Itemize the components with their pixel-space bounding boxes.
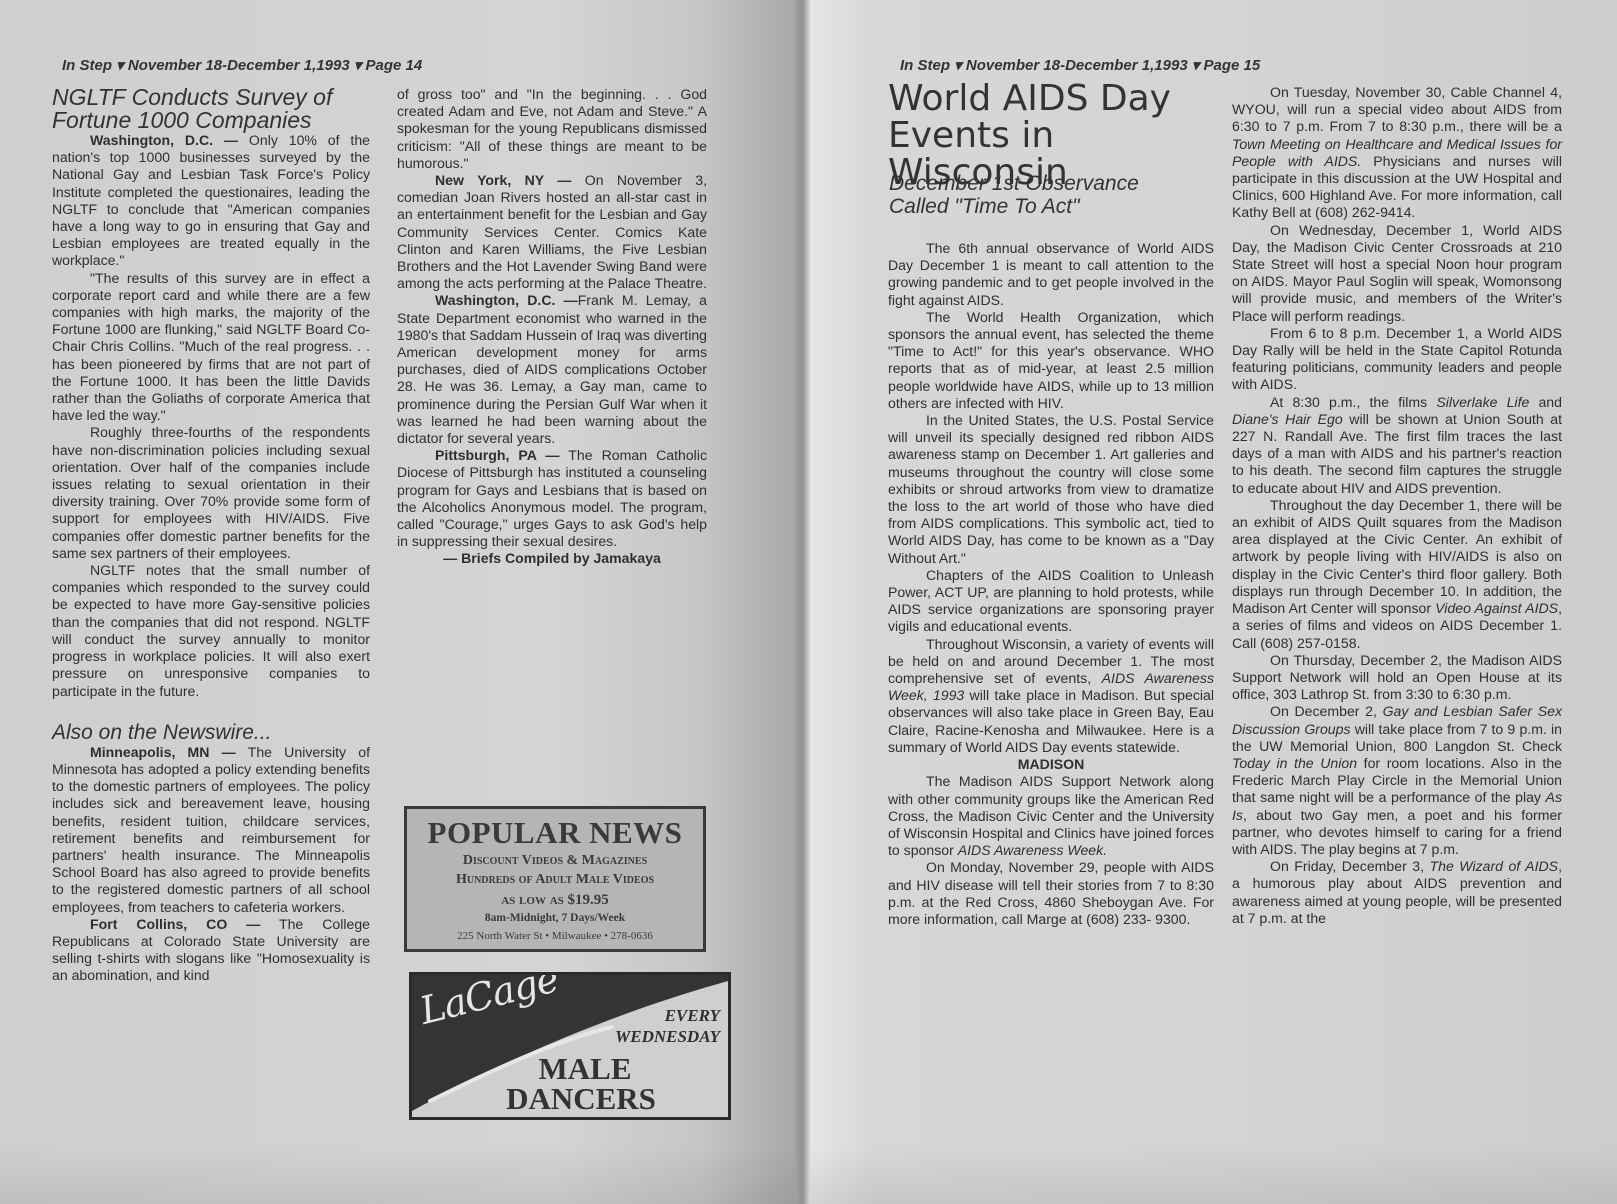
- play-title: The Wizard of AIDS: [1430, 858, 1559, 874]
- column-newswire-continued: of gross too" and "In the beginning. . .…: [397, 86, 707, 568]
- paragraph: Throughout Wisconsin, a variety of event…: [888, 636, 1214, 756]
- headline-line-2: Fortune 1000 Companies: [52, 107, 312, 133]
- brief-washington: Washington, D.C. —Frank M. Lemay, a Stat…: [397, 292, 707, 447]
- paragraph-text: Only 10% of the nation's top 1000 busine…: [52, 132, 370, 268]
- ad-address: 225 North Water St • Milwaukee • 278-063…: [407, 930, 703, 942]
- paragraph: Chapters of the AIDS Coalition to Unleas…: [888, 567, 1214, 636]
- ad-schedule: EVERY WEDNESDAY: [615, 1005, 720, 1047]
- page-gutter: [795, 0, 810, 1204]
- ad-dancers: DANCERS: [412, 1081, 728, 1117]
- page-shadow: [0, 1144, 795, 1204]
- ad-line: Discount Videos & Magazines: [407, 851, 703, 870]
- brief-new-york: New York, NY — On November 3, comedian J…: [397, 172, 707, 292]
- ad-every: EVERY: [665, 1006, 720, 1025]
- film-title: Diane's Hair Ego: [1232, 411, 1343, 427]
- publication-title: Today in the Union: [1232, 755, 1357, 771]
- running-head-page-14: In Step ▾ November 18-December 1,1993 ▾ …: [62, 56, 422, 74]
- paragraph-text: , about two Gay men, a poet and his form…: [1232, 807, 1562, 857]
- paragraph: In the United States, the U.S. Postal Se…: [888, 412, 1214, 567]
- paragraph: From 6 to 8 p.m. December 1, a World AID…: [1232, 325, 1562, 394]
- byline: — Briefs Compiled by Jamakaya: [397, 550, 707, 567]
- paragraph: Washington, D.C. — Only 10% of the natio…: [52, 132, 370, 270]
- ad-day: WEDNESDAY: [615, 1027, 720, 1046]
- paragraph: Roughly three-fourths of the respondents…: [52, 424, 370, 562]
- paragraph: On Tuesday, November 30, Cable Channel 4…: [1232, 84, 1562, 222]
- paragraph: "The results of this survey are in effec…: [52, 270, 370, 425]
- paragraph: On Thursday, December 2, the Madison AID…: [1232, 652, 1562, 704]
- paragraph-text: On Friday, December 3,: [1270, 858, 1430, 874]
- paragraph-text: Throughout the day December 1, there wil…: [1232, 497, 1562, 616]
- dateline: Washington, D.C. —: [435, 292, 578, 308]
- brief-fort-collins: Fort Collins, CO — The College Republica…: [52, 916, 370, 985]
- column-madison-events: On Tuesday, November 30, Cable Channel 4…: [1232, 84, 1562, 927]
- page-shadow: [810, 1144, 1617, 1204]
- dateline: Pittsburgh, PA —: [435, 447, 560, 463]
- paragraph-text: On December 2,: [1270, 703, 1383, 719]
- newswire-headline: Also on the Newswire...: [52, 722, 370, 744]
- subhead-line-1: December 1st Observance: [889, 172, 1139, 195]
- film-title: Silverlake Life: [1436, 394, 1529, 410]
- paragraph: On Monday, November 29, people with AIDS…: [888, 859, 1214, 928]
- dateline: Minneapolis, MN —: [90, 744, 236, 760]
- ad-price: as low as $19.95: [407, 892, 703, 909]
- paragraph: The Madison AIDS Support Network along w…: [888, 773, 1214, 859]
- popular-news-ad: POPULAR NEWS Discount Videos & Magazines…: [404, 806, 706, 952]
- paragraph: NGLTF notes that the small number of com…: [52, 562, 370, 700]
- ad-line: Hundreds of Adult Male Videos: [407, 870, 703, 889]
- paragraph-text: At 8:30 p.m., the films: [1270, 394, 1436, 410]
- brief-pittsburgh: Pittsburgh, PA — The Roman Catholic Dioc…: [397, 447, 707, 550]
- paragraph-text: On Tuesday, November 30, Cable Channel 4…: [1232, 84, 1562, 134]
- section-heading-madison: MADISON: [888, 756, 1214, 773]
- lacage-ad: LaCage EVERY WEDNESDAY MALE DANCERS: [409, 972, 731, 1120]
- dateline: New York, NY —: [435, 172, 571, 188]
- paragraph-text: and: [1529, 394, 1562, 410]
- event-title: AIDS Awareness Week.: [958, 842, 1107, 858]
- running-head-page-15: In Step ▾ November 18-December 1,1993 ▾ …: [900, 56, 1260, 74]
- paragraph: The World Health Organization, which spo…: [888, 309, 1214, 412]
- paragraph: At 8:30 p.m., the films Silverlake Life …: [1232, 394, 1562, 497]
- headline: NGLTF Conducts Survey of Fortune 1000 Co…: [52, 86, 370, 132]
- dateline: Washington, D.C. —: [90, 132, 238, 148]
- paragraph: On Friday, December 3, The Wizard of AID…: [1232, 858, 1562, 927]
- ad-hours: 8am-Midnight, 7 Days/Week: [407, 912, 703, 924]
- ad-title: POPULAR NEWS: [407, 815, 703, 851]
- paragraph: Throughout the day December 1, there wil…: [1232, 497, 1562, 652]
- subheadline: December 1st Observance Called "Time To …: [889, 172, 1209, 218]
- event-title: Video Against AIDS: [1435, 600, 1558, 616]
- subhead-line-2: Called "Time To Act": [889, 195, 1080, 218]
- brief-continued: of gross too" and "In the beginning. . .…: [397, 86, 707, 172]
- brief-text: Frank M. Lemay, a State Department econo…: [397, 292, 707, 446]
- magazine-spread: In Step ▾ November 18-December 1,1993 ▾ …: [0, 0, 1617, 1204]
- brief-text: On November 3, comedian Joan Rivers host…: [397, 172, 707, 291]
- column-nglft-survey: NGLTF Conducts Survey of Fortune 1000 Co…: [52, 86, 370, 985]
- paragraph: On December 2, Gay and Lesbian Safer Sex…: [1232, 703, 1562, 858]
- column-world-aids-day: The 6th annual observance of World AIDS …: [888, 240, 1214, 928]
- brief-minneapolis: Minneapolis, MN — The University of Minn…: [52, 744, 370, 916]
- brief-text: The University of Minnesota has adopted …: [52, 744, 370, 915]
- paragraph: The 6th annual observance of World AIDS …: [888, 240, 1214, 309]
- dateline: Fort Collins, CO —: [90, 916, 260, 932]
- headline-line-1: World AIDS Day: [888, 78, 1171, 119]
- paragraph: On Wednesday, December 1, World AIDS Day…: [1232, 222, 1562, 325]
